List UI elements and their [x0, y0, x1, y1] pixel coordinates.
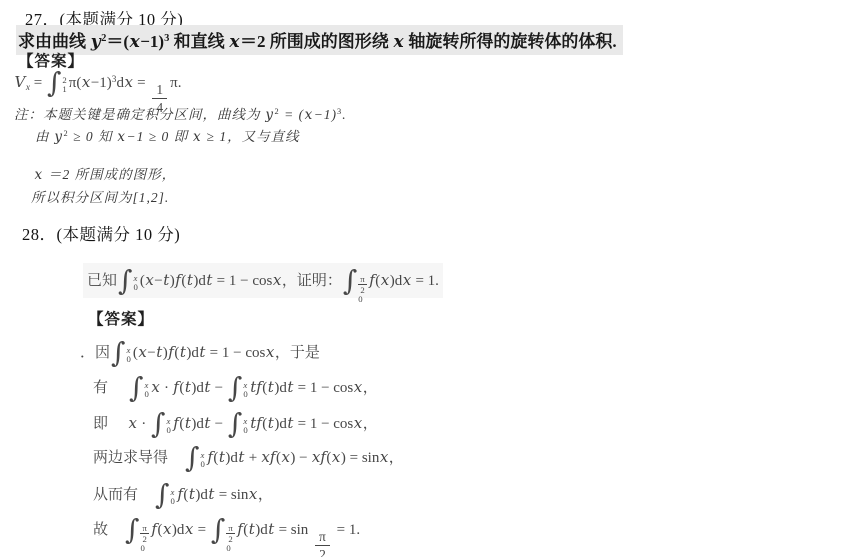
math-text: 和直线: [169, 32, 229, 51]
answer-label-28: 【答案】: [88, 307, 154, 329]
superscript: 2: [101, 33, 106, 44]
fraction-numerator: π: [226, 523, 234, 534]
integral: ∫π20: [343, 268, 367, 294]
integral-sign-icon: ∫: [151, 411, 165, 437]
math-variable: t: [268, 520, 275, 538]
math-variable: xf: [311, 448, 326, 466]
integral-sign-icon: ∫: [185, 445, 199, 471]
math-text: 注：本题关键是确定积分区间，曲线为: [14, 107, 265, 122]
math-text: π.: [170, 75, 181, 91]
math-text: ·: [137, 416, 150, 432]
math-text: 两边求导得: [93, 450, 168, 466]
math-text: ＝2 所围成的图形，: [44, 167, 177, 182]
integral-sign-icon: ∫: [228, 411, 242, 437]
math-text: )d: [191, 416, 204, 432]
math-variable: xf: [261, 448, 276, 466]
integral: ∫x0: [155, 482, 175, 508]
fraction-numerator: π: [358, 274, 366, 285]
math-text: = 1 − cos: [213, 273, 272, 289]
math-variable: x: [229, 32, 240, 52]
math-variable: x: [184, 520, 193, 538]
math-text: ，: [363, 380, 378, 396]
math-text: )d: [390, 273, 403, 289]
math-text: ，: [363, 416, 378, 432]
solution-line-5: 从而有∫x0f(t)dt = sinx，: [93, 478, 273, 511]
math-variable: t: [206, 271, 213, 289]
math-text: 故: [93, 522, 108, 538]
problem-28-statement: 已知∫x0(x−t)f(t)dt = 1 − cosx，证明：∫π20f(x)d…: [83, 263, 443, 298]
integral-limits: x0: [166, 416, 170, 433]
math-text: ≥ 0 知: [69, 129, 117, 144]
math-text: −: [154, 273, 162, 289]
integral-limits: x0: [243, 380, 247, 397]
math-text: 由: [35, 129, 54, 144]
math-text: ．因: [80, 345, 110, 361]
integral-lower-limit: 0: [170, 497, 174, 506]
math-variable: tf: [250, 378, 263, 396]
integral-lower-limit: 1: [62, 85, 66, 94]
math-text: d: [116, 75, 124, 91]
math-text: = sin: [275, 522, 312, 538]
math-text: 轴旋转所得的旋转体的体积.: [404, 32, 617, 51]
math-text: ＝(: [106, 32, 129, 51]
math-text: 从而有: [93, 487, 138, 503]
math-variable: t: [238, 448, 245, 466]
integral-sign-icon: ∫: [155, 482, 169, 508]
integral-sign-icon: ∫: [228, 375, 242, 401]
math-variable: x: [380, 271, 389, 289]
math-text: )d: [186, 345, 199, 361]
integral: ∫x0: [228, 411, 248, 437]
math-variable: x: [248, 485, 257, 503]
math-text: −: [211, 416, 227, 432]
integral-lower-limit: 0: [358, 295, 366, 304]
math-text: ，: [389, 450, 404, 466]
integral-lower-limit: 0: [144, 390, 148, 399]
integral-lower-limit: 0: [166, 426, 170, 435]
integral-limits: π20: [358, 273, 366, 290]
math-text: 所以积分区间为[1,2].: [31, 190, 169, 205]
math-text: π(: [69, 75, 82, 91]
math-variable: x: [379, 448, 388, 466]
integral: ∫x0: [118, 268, 138, 294]
math-variable: tf: [250, 414, 263, 432]
fraction-denominator: 2: [315, 546, 330, 557]
integral-sign-icon: ∫: [111, 340, 125, 366]
integral-limits: x0: [200, 450, 204, 467]
math-variable: x: [393, 32, 404, 52]
math-text: ＝2 所围成的图形绕: [240, 32, 393, 51]
integral: ∫x0: [228, 375, 248, 401]
integral: ∫x0: [111, 340, 131, 366]
integral: ∫21: [47, 70, 67, 96]
subscript: x: [26, 83, 30, 93]
integral: ∫π20: [211, 517, 235, 543]
math-text: )d: [193, 273, 206, 289]
math-text: ) = sin: [341, 450, 379, 466]
math-variable: V: [14, 73, 26, 91]
problem-27-statement: 求由曲线 y2＝(x−1)3 和直线 x＝2 所围成的图形绕 x 轴旋转所得的旋…: [16, 25, 623, 55]
integral-upper-limit-fraction: π2: [226, 523, 234, 544]
integral-upper-limit-fraction: π2: [358, 274, 366, 295]
math-variable: x: [124, 73, 133, 91]
math-text: ，证明：: [282, 273, 342, 289]
solution-line-2: 有∫x0x · f(t)dt − ∫x0tf(t)dt = 1 − cosx，: [93, 371, 378, 404]
integral-limits: x0: [144, 380, 148, 397]
problem-28-header: 28．(本题满分 10 分): [22, 221, 180, 245]
superscript: 3: [337, 107, 342, 116]
math-variable: y: [54, 129, 64, 145]
integral: ∫π20: [125, 517, 149, 543]
math-text: .: [342, 107, 346, 122]
math-text: −1): [91, 75, 112, 91]
math-variable: x: [151, 378, 160, 396]
math-text: 已知: [87, 273, 117, 289]
math-variable: x: [281, 448, 290, 466]
math-text: )d: [172, 522, 185, 538]
math-variable: x: [402, 271, 411, 289]
math-text: −: [211, 380, 227, 396]
math-text: = 1 − cos: [206, 345, 265, 361]
note-line-3: x ＝2 所围成的图形，: [34, 163, 176, 183]
math-variable: x: [304, 107, 314, 123]
math-variable: t: [199, 343, 206, 361]
fraction-numerator: π: [140, 523, 148, 534]
integral-sign-icon: ∫: [118, 268, 132, 294]
integral-limits: 21: [62, 75, 66, 92]
math-text: = sin: [215, 487, 248, 503]
integral: ∫x0: [185, 445, 205, 471]
integral-sign-icon: ∫: [211, 517, 225, 543]
math-text: = (: [280, 107, 304, 122]
math-variable: y: [90, 32, 101, 52]
math-variable: x: [272, 271, 281, 289]
integral-lower-limit: 0: [200, 460, 204, 469]
integral-upper-limit-fraction: π2: [140, 523, 148, 544]
math-variable: x: [353, 414, 362, 432]
fraction: π2: [315, 529, 330, 557]
integral-limits: x0: [170, 487, 174, 504]
math-variable: t: [204, 378, 211, 396]
integral: ∫x0: [151, 411, 171, 437]
math-variable: x: [117, 129, 127, 145]
math-text: =: [133, 75, 149, 91]
math-text: −1): [140, 32, 164, 51]
integral-sign-icon: ∫: [47, 70, 61, 96]
superscript: 3: [112, 75, 117, 85]
integral-lower-limit: 0: [133, 283, 137, 292]
math-text: )d: [274, 416, 287, 432]
math-text: )d: [195, 487, 208, 503]
math-variable: t: [208, 485, 215, 503]
fraction-numerator: π: [315, 529, 330, 547]
integral-sign-icon: ∫: [129, 375, 143, 401]
superscript: 2: [64, 129, 69, 138]
integral-sign-icon: ∫: [343, 268, 357, 294]
math-variable: t: [204, 414, 211, 432]
integral-limits: x0: [243, 416, 247, 433]
math-text: +: [245, 450, 261, 466]
fraction-numerator: 1: [152, 82, 167, 100]
math-text: = 1 − cos: [294, 380, 353, 396]
integral-lower-limit: 0: [140, 544, 148, 553]
integral-limits: x0: [126, 345, 130, 362]
math-variable: x: [34, 167, 44, 183]
math-variable: x: [331, 448, 340, 466]
superscript: 3: [164, 33, 169, 44]
math-variable: t: [156, 343, 163, 361]
solution-line-1: ．因∫x0(x−t)f(t)dt = 1 − cosx，于是: [80, 336, 320, 369]
math-text: )d: [255, 522, 268, 538]
math-text: )d: [191, 380, 204, 396]
integral-lower-limit: 0: [226, 544, 234, 553]
math-variable: t: [287, 378, 294, 396]
math-text: = 1.: [412, 273, 439, 289]
math-variable: y: [265, 107, 275, 123]
document-page: 27．(本题满分 10 分) 求由曲线 y2＝(x−1)3 和直线 x＝2 所围…: [0, 0, 850, 557]
math-text: = 1 − cos: [294, 416, 353, 432]
math-text: )d: [274, 380, 287, 396]
math-variable: t: [287, 414, 294, 432]
note-line-2: 由 y2 ≥ 0 知 x−1 ≥ 0 即 x ≥ 1，又与直线: [35, 125, 300, 145]
solution-line-6: 故∫π20f(x)dx = ∫π20f(t)dt = sin π2 = 1.: [93, 513, 360, 557]
note-line-1: 注：本题关键是确定积分区间，曲线为 y2 = (x−1)3.: [14, 103, 347, 123]
math-text: 有: [93, 380, 108, 396]
integral: ∫x0: [129, 375, 149, 401]
math-variable: x: [265, 343, 274, 361]
math-variable: x: [129, 32, 140, 52]
math-variable: x: [193, 129, 203, 145]
math-variable: x: [138, 343, 147, 361]
math-text: −1 ≥ 0 即: [127, 129, 193, 144]
math-text: ·: [160, 380, 173, 396]
math-text: ，于是: [275, 345, 320, 361]
math-variable: x: [353, 378, 362, 396]
math-text: =: [30, 75, 46, 91]
math-text: −: [147, 345, 155, 361]
math-variable: x: [81, 73, 90, 91]
math-text: )d: [225, 450, 238, 466]
integral-limits: x0: [133, 273, 137, 290]
integral-limits: π20: [140, 522, 148, 539]
math-text: 即: [93, 416, 108, 432]
math-text: =: [194, 522, 210, 538]
math-variable: t: [163, 271, 170, 289]
solution-line-3: 即x · ∫x0f(t)dt − ∫x0tf(t)dt = 1 − cosx，: [93, 407, 378, 440]
math-text: −1): [314, 107, 337, 122]
math-text: = 1.: [333, 522, 360, 538]
math-text: ) −: [290, 450, 311, 466]
integral-sign-icon: ∫: [125, 517, 139, 543]
integral-limits: π20: [226, 522, 234, 539]
math-text: ，: [258, 487, 273, 503]
integral-lower-limit: 0: [243, 426, 247, 435]
math-text: ≥ 1，又与直线: [202, 129, 299, 144]
note-line-4: 所以积分区间为[1,2].: [31, 186, 169, 206]
math-variable: x: [145, 271, 154, 289]
integral-lower-limit: 0: [126, 355, 130, 364]
integral-lower-limit: 0: [243, 390, 247, 399]
math-variable: x: [162, 520, 171, 538]
superscript: 2: [275, 107, 280, 116]
solution-line-4: 两边求导得∫x0f(t)dt + xf(x) − xf(x) = sinx，: [93, 441, 404, 474]
